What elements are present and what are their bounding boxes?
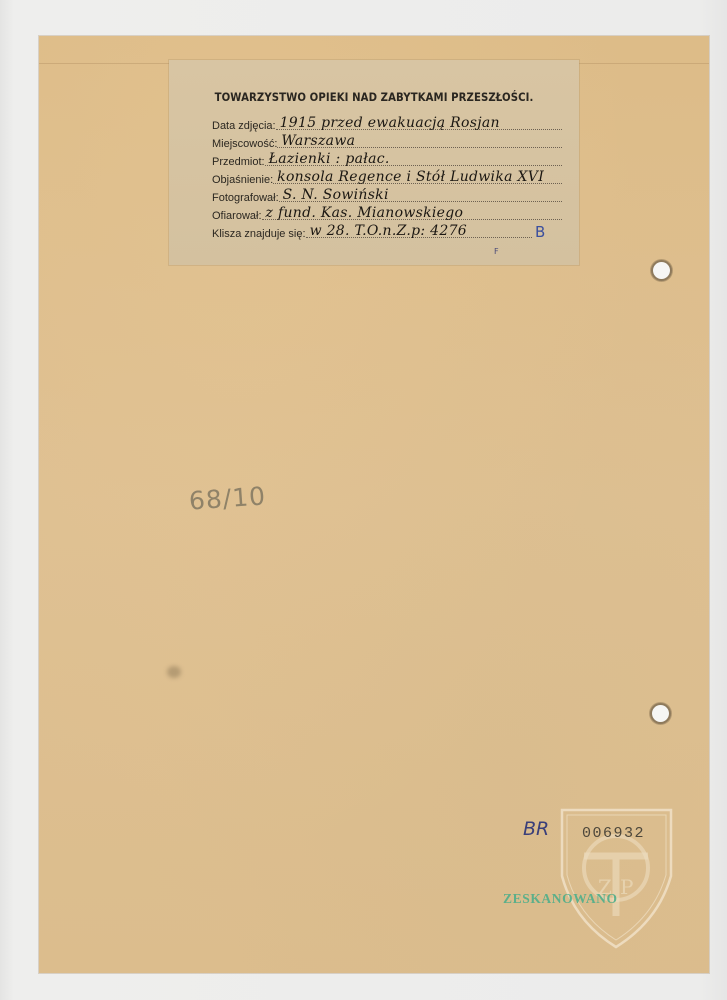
stain [167, 666, 181, 678]
field-value: w 28. T.O.n.Z.p: 4276 [310, 223, 467, 239]
svg-text:P: P [620, 875, 633, 899]
inventory-number: 006932 [582, 825, 645, 842]
field-subject: Przedmiot: Łazienki : pałac. [212, 151, 562, 169]
field-explanation: Objaśnienie: konsola Regence i Stół Ludw… [212, 169, 562, 187]
field-label: Przedmiot: [212, 155, 265, 169]
label-card: TOWARZYSTWO OPIEKI NAD ZABYTKAMI PRZESZŁ… [169, 60, 579, 265]
field-label: Data zdjęcia: [212, 119, 276, 133]
blue-mark: B [535, 223, 545, 241]
field-label: Fotografował: [212, 191, 279, 205]
punch-hole-top [653, 262, 670, 279]
field-value: konsola Regence i Stół Ludwika XVI [277, 169, 544, 185]
punch-hole-bottom [652, 705, 669, 722]
small-mark: F [494, 247, 499, 256]
field-label: Objaśnienie: [212, 173, 273, 187]
pencil-note: 68/10 [188, 481, 267, 515]
field-photographer: Fotografował: S. N. Sowiński [212, 187, 562, 205]
field-value: Łazienki : pałac. [269, 151, 390, 167]
field-donor: Ofiarował: z fund. Kas. Mianowskiego [212, 205, 562, 223]
field-location: Miejscowość: Warszawa [212, 133, 562, 151]
field-value: 1915 przed ewakuacją Rosjan [280, 115, 500, 131]
field-negative-location: Klisza znajduje się: w 28. T.O.n.Z.p: 42… [212, 223, 532, 241]
society-title: TOWARZYSTWO OPIEKI NAD ZABYTKAMI PRZESZŁ… [194, 90, 555, 104]
scan-stamp: ZESKANOWANO [503, 891, 618, 907]
field-value: S. N. Sowiński [283, 187, 389, 203]
document-card: TOWARZYSTWO OPIEKI NAD ZABYTKAMI PRZESZŁ… [39, 36, 709, 973]
field-label: Klisza znajduje się: [212, 227, 306, 241]
field-label: Miejscowość: [212, 137, 277, 151]
field-photo-date: Data zdjęcia: 1915 przed ewakuacją Rosja… [212, 115, 562, 133]
field-label: Ofiarował: [212, 209, 262, 223]
field-value: z fund. Kas. Mianowskiego [266, 205, 464, 221]
inventory-initials: BR [523, 818, 549, 840]
field-value: Warszawa [281, 133, 355, 149]
